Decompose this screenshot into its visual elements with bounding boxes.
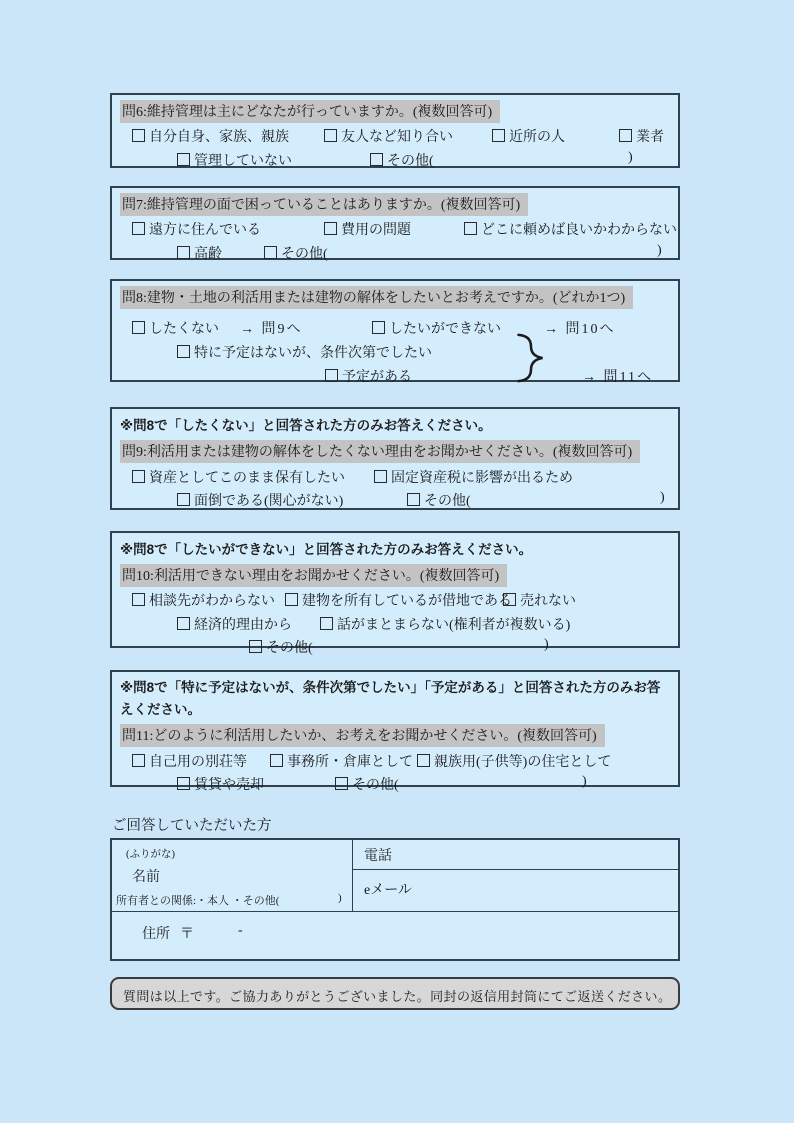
q10-option-other[interactable]: その他( bbox=[249, 637, 313, 657]
q11-option-other[interactable]: その他( bbox=[335, 774, 399, 794]
phone-label: 電話 bbox=[364, 845, 392, 865]
brace-icon bbox=[510, 332, 552, 384]
q10-option-cannot-sell[interactable]: 売れない bbox=[503, 590, 576, 610]
q6-option-friends[interactable]: 友人など知り合い bbox=[324, 126, 453, 146]
respondent-row-1: (ふりがな) 名前 所有者との関係:・本人 ・その他( ) 電話 eメール bbox=[112, 840, 678, 912]
q7-option-live-far[interactable]: 遠方に住んでいる bbox=[132, 219, 261, 239]
checkbox-icon[interactable] bbox=[370, 153, 383, 166]
q8-option-dont-want[interactable]: したくない bbox=[132, 318, 219, 338]
address-label: 住所 bbox=[142, 923, 170, 943]
owner-relation-close-paren: ) bbox=[338, 892, 342, 904]
furigana-label: (ふりがな) bbox=[126, 846, 175, 861]
q6-option-self-family[interactable]: 自分自身、家族、親族 bbox=[132, 126, 289, 146]
q10-option-no-agreement[interactable]: 話がまとまらない(権利者が複数いる) bbox=[320, 614, 570, 634]
postal-code-dash: - bbox=[238, 923, 243, 939]
q7-option-cost[interactable]: 費用の問題 bbox=[324, 219, 411, 239]
checkbox-icon[interactable] bbox=[503, 593, 516, 606]
checkbox-icon[interactable] bbox=[325, 369, 338, 382]
address-cell[interactable]: 住所 〒 - bbox=[112, 913, 678, 959]
name-cell[interactable]: (ふりがな) 名前 所有者との関係:・本人 ・その他( ) bbox=[112, 840, 353, 911]
checkbox-icon[interactable] bbox=[619, 129, 632, 142]
postal-mark-icon: 〒 bbox=[180, 923, 194, 943]
q11-option-own-villa[interactable]: 自己用の別荘等 bbox=[132, 751, 247, 771]
checkbox-icon[interactable] bbox=[417, 754, 430, 767]
q8-option-want-but-cant[interactable]: したいができない bbox=[372, 318, 501, 338]
checkbox-icon[interactable] bbox=[264, 246, 277, 259]
question-9-condition-note: ※問8で「したくない」と回答された方のみお答えください。 bbox=[120, 415, 492, 437]
q9-option-bothersome[interactable]: 面倒である(関心がない) bbox=[177, 490, 343, 510]
checkbox-icon[interactable] bbox=[132, 754, 145, 767]
q8-goto-q9: → 問9へ bbox=[240, 318, 303, 338]
checkbox-icon[interactable] bbox=[374, 470, 387, 483]
q11-option-relatives-house[interactable]: 親族用(子供等)の住宅として bbox=[417, 751, 611, 771]
q8-option-have-plan[interactable]: 予定がある bbox=[325, 366, 412, 386]
checkbox-icon[interactable] bbox=[177, 493, 190, 506]
email-label: eメール bbox=[364, 879, 412, 899]
question-8-box: 問8:建物・土地の利活用または建物の解体をしたいとお考えですか。(どれか1つ) … bbox=[110, 279, 680, 382]
respondent-heading: ご回答していただいた方 bbox=[112, 814, 272, 835]
checkbox-icon[interactable] bbox=[177, 345, 190, 358]
checkbox-icon[interactable] bbox=[132, 470, 145, 483]
q11-other-close-paren: ) bbox=[582, 774, 587, 790]
checkbox-icon[interactable] bbox=[132, 129, 145, 142]
q10-option-no-consult[interactable]: 相談先がわからない bbox=[132, 590, 275, 610]
q8-option-no-plan-conditional[interactable]: 特に予定はないが、条件次第でしたい bbox=[177, 342, 432, 362]
question-9-title: 問9:利活用または建物の解体をしたくない理由をお聞かせください。(複数回答可) bbox=[120, 440, 640, 463]
checkbox-icon[interactable] bbox=[320, 617, 333, 630]
q6-option-neighbors[interactable]: 近所の人 bbox=[492, 126, 565, 146]
question-7-box: 問7:維持管理の面で困っていることはありますか。(複数回答可) 遠方に住んでいる… bbox=[110, 186, 680, 260]
question-10-condition-note: ※問8で「したいができない」と回答された方のみお答えください。 bbox=[120, 539, 532, 561]
name-label: 名前 bbox=[132, 866, 160, 886]
q9-option-other[interactable]: その他( bbox=[407, 490, 471, 510]
question-11-box: ※問8で「特に予定はないが、条件次第でしたい」「予定がある」と回答された方のみお… bbox=[110, 670, 680, 787]
checkbox-icon[interactable] bbox=[285, 593, 298, 606]
q6-other-close-paren: ) bbox=[628, 150, 633, 166]
question-8-title: 問8:建物・土地の利活用または建物の解体をしたいとお考えですか。(どれか1つ) bbox=[120, 286, 633, 309]
q10-option-leased-land[interactable]: 建物を所有しているが借地である bbox=[285, 590, 512, 610]
respondent-table: (ふりがな) 名前 所有者との関係:・本人 ・その他( ) 電話 eメール 住所… bbox=[110, 838, 680, 961]
email-cell[interactable]: eメール bbox=[352, 871, 678, 911]
checkbox-icon[interactable] bbox=[407, 493, 420, 506]
q6-option-not-managing[interactable]: 管理していない bbox=[177, 150, 292, 170]
q9-option-property-tax[interactable]: 固定資産税に影響が出るため bbox=[374, 467, 573, 487]
q7-other-close-paren: ) bbox=[657, 243, 662, 259]
q6-option-other[interactable]: その他( bbox=[370, 150, 434, 170]
checkbox-icon[interactable] bbox=[324, 129, 337, 142]
question-11-title: 問11:どのように利活用したいか、お考えをお聞かせください。(複数回答可) bbox=[120, 724, 605, 747]
closing-note-box: 質問は以上です。ご協力ありがとうございました。同封の返信用封筒にてご返送ください… bbox=[110, 977, 680, 1010]
q10-option-economic[interactable]: 経済的理由から bbox=[177, 614, 292, 634]
q8-goto-q11: → 問11へ bbox=[582, 366, 653, 386]
q11-option-office-warehouse[interactable]: 事務所・倉庫として bbox=[270, 751, 413, 771]
closing-note-text: 質問は以上です。ご協力ありがとうございました。同封の返信用封筒にてご返送ください… bbox=[123, 986, 671, 1005]
survey-page: { "colors":{"page_bg":"#cbe6f9","box_bg"… bbox=[0, 0, 794, 1123]
checkbox-icon[interactable] bbox=[335, 777, 348, 790]
q7-option-dont-know-who[interactable]: どこに頼めば良いかわからない bbox=[464, 219, 677, 239]
checkbox-icon[interactable] bbox=[132, 593, 145, 606]
question-9-box: ※問8で「したくない」と回答された方のみお答えください。 問9:利活用または建物… bbox=[110, 407, 680, 510]
checkbox-icon[interactable] bbox=[324, 222, 337, 235]
question-6-title: 問6:維持管理は主にどなたが行っていますか。(複数回答可) bbox=[120, 100, 500, 123]
q7-option-elderly[interactable]: 高齢 bbox=[177, 243, 222, 263]
phone-cell[interactable]: 電話 bbox=[352, 840, 678, 870]
question-10-box: ※問8で「したいができない」と回答された方のみお答えください。 問10:利活用で… bbox=[110, 531, 680, 648]
owner-relation-label: 所有者との関係:・本人 ・その他( bbox=[116, 892, 279, 908]
checkbox-icon[interactable] bbox=[177, 153, 190, 166]
q6-option-contractor[interactable]: 業者 bbox=[619, 126, 664, 146]
checkbox-icon[interactable] bbox=[177, 246, 190, 259]
q10-other-close-paren: ) bbox=[544, 637, 549, 653]
q8-goto-q10: → 問10へ bbox=[544, 318, 616, 338]
question-11-condition-note: ※問8で「特に予定はないが、条件次第でしたい」「予定がある」と回答された方のみお… bbox=[120, 677, 670, 721]
checkbox-icon[interactable] bbox=[270, 754, 283, 767]
question-7-title: 問7:維持管理の面で困っていることはありますか。(複数回答可) bbox=[120, 193, 528, 216]
q9-option-keep-as-asset[interactable]: 資産としてこのまま保有したい bbox=[132, 467, 345, 487]
question-6-box: 問6:維持管理は主にどなたが行っていますか。(複数回答可) 自分自身、家族、親族… bbox=[110, 93, 680, 168]
q7-option-other[interactable]: その他( bbox=[264, 243, 328, 263]
checkbox-icon[interactable] bbox=[464, 222, 477, 235]
checkbox-icon[interactable] bbox=[492, 129, 505, 142]
question-10-title: 問10:利活用できない理由をお聞かせください。(複数回答可) bbox=[120, 564, 507, 587]
checkbox-icon[interactable] bbox=[132, 321, 145, 334]
checkbox-icon[interactable] bbox=[177, 617, 190, 630]
checkbox-icon[interactable] bbox=[372, 321, 385, 334]
q9-other-close-paren: ) bbox=[660, 490, 665, 506]
q11-option-rent-or-sell[interactable]: 賃貸や売却 bbox=[177, 774, 264, 794]
checkbox-icon[interactable] bbox=[249, 640, 262, 653]
checkbox-icon[interactable] bbox=[177, 777, 190, 790]
checkbox-icon[interactable] bbox=[132, 222, 145, 235]
